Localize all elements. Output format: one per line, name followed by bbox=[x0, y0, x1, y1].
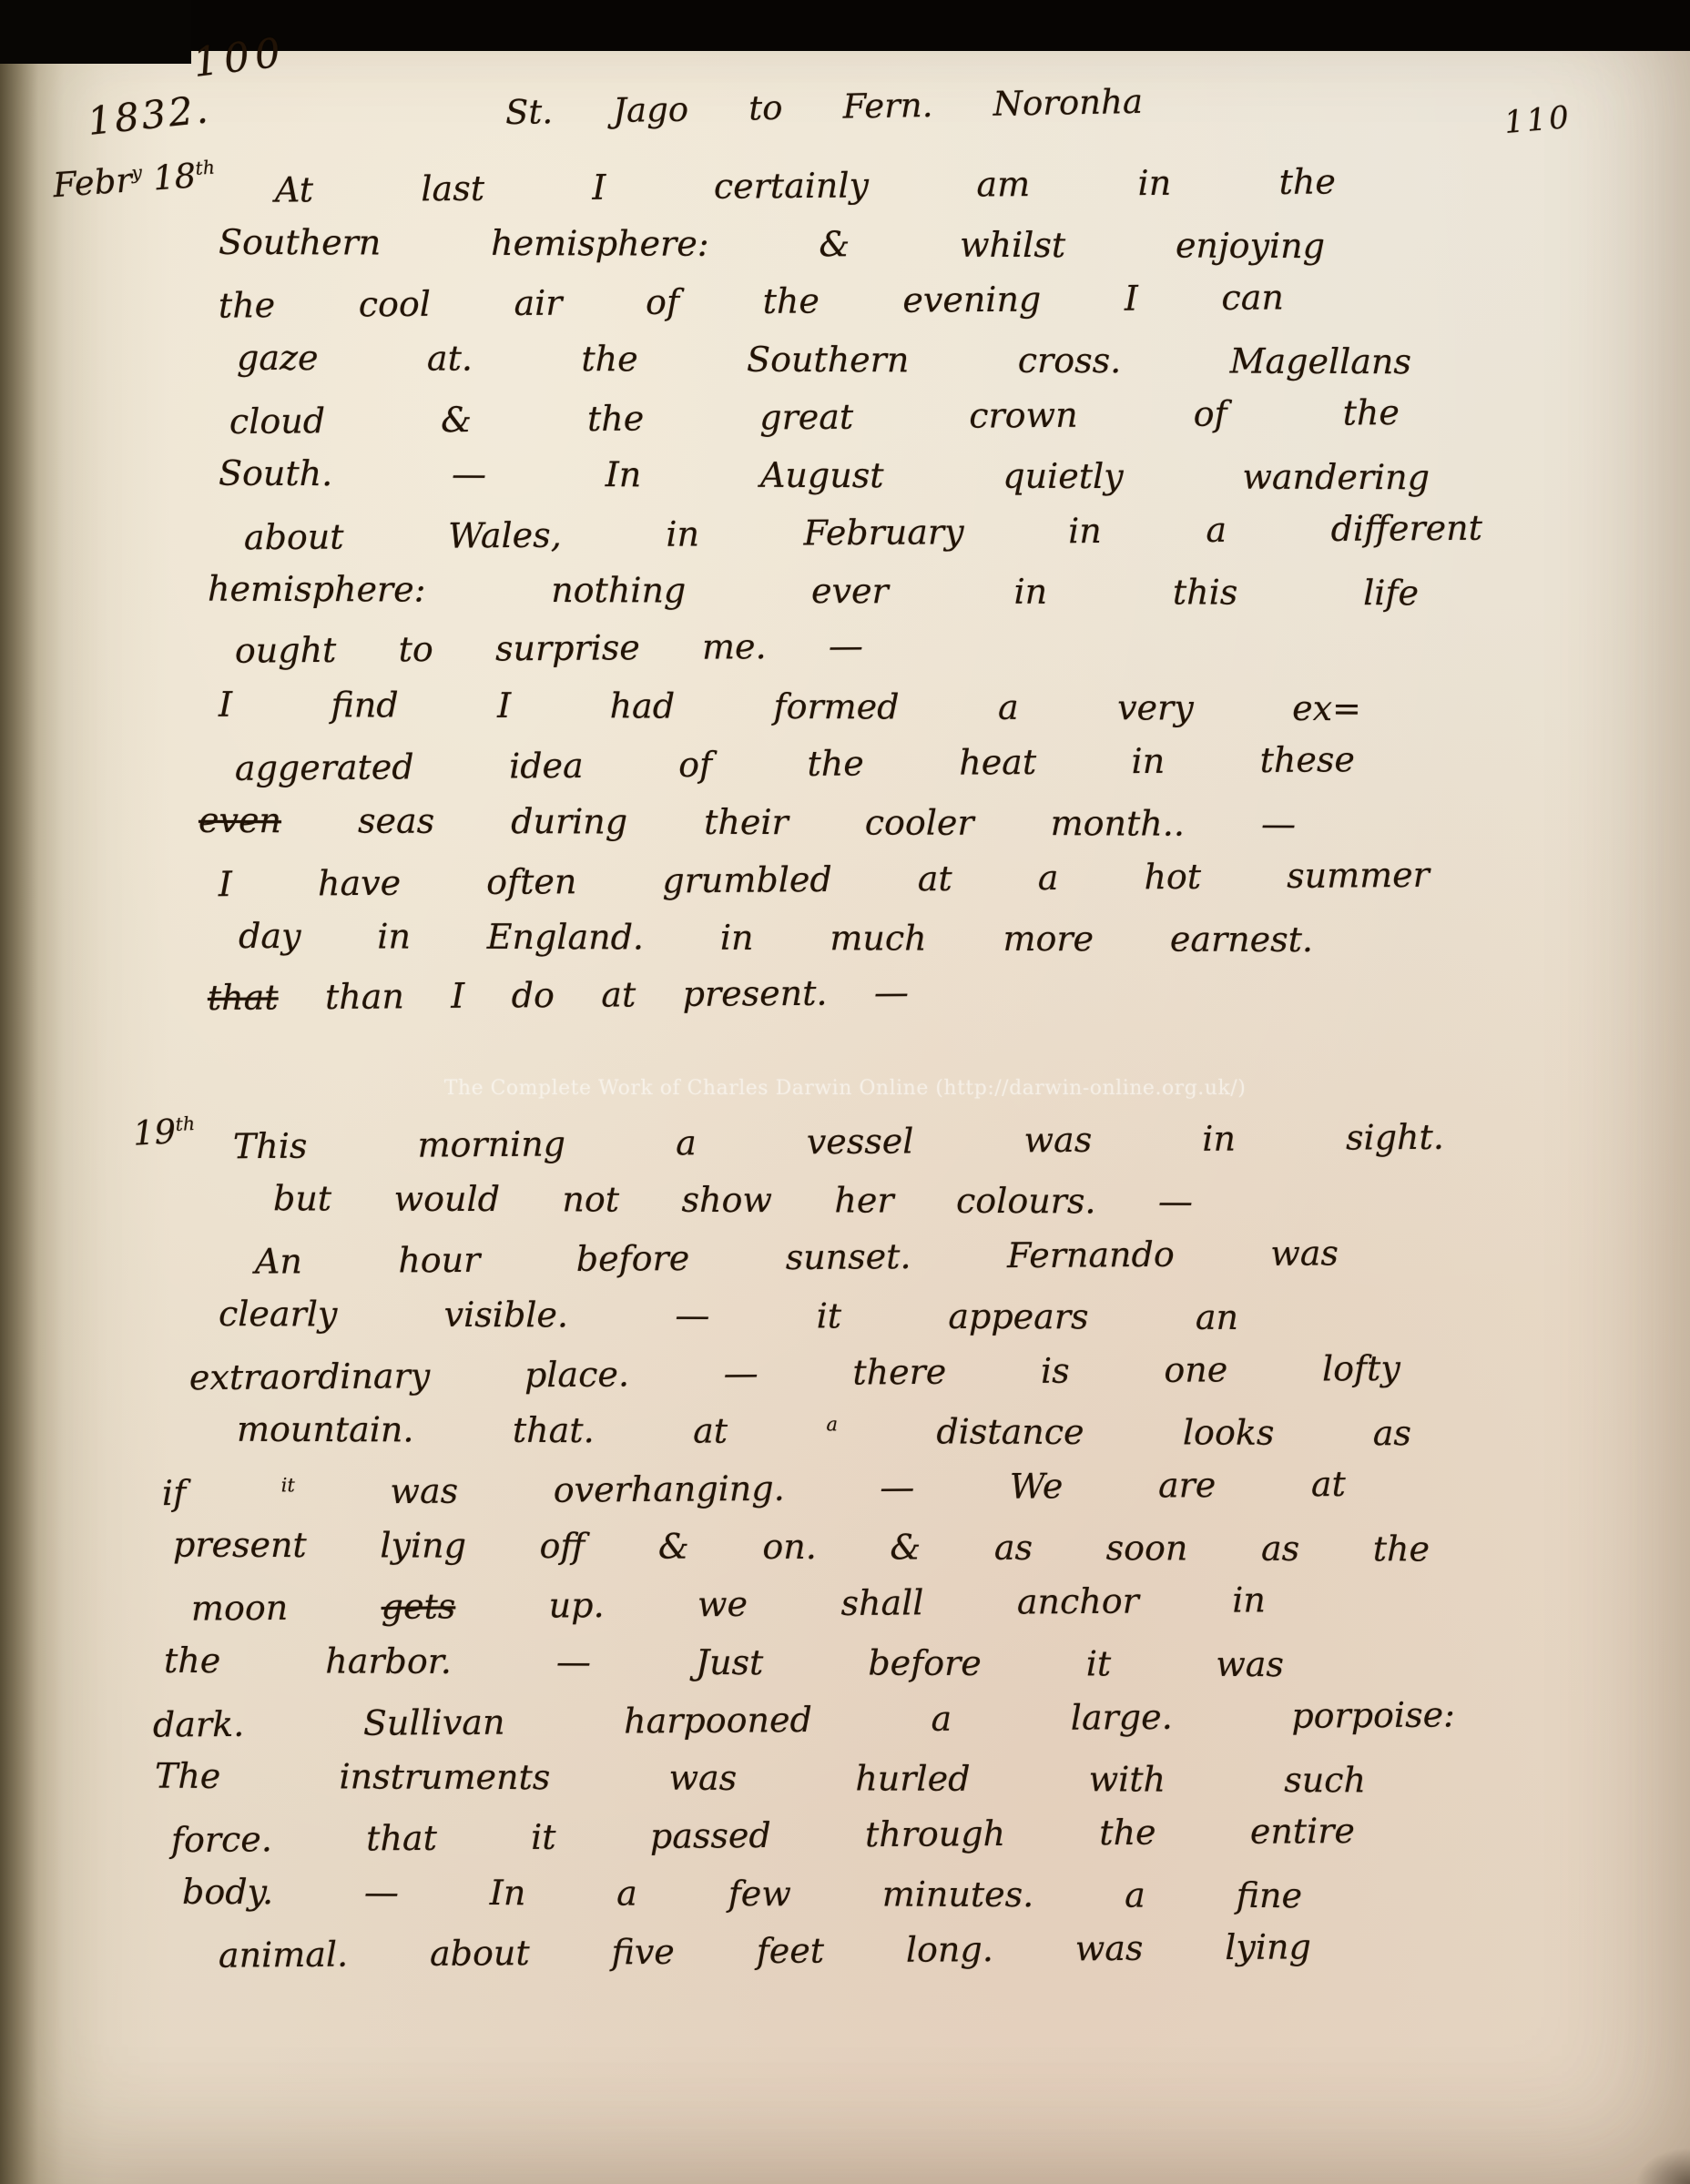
manuscript-line: aboutWales,inFebruaryinadifferent bbox=[244, 508, 1482, 575]
manuscript-line: clearlyvisible.—itappearsan bbox=[219, 1294, 1238, 1355]
page-number: 110 bbox=[1502, 99, 1573, 141]
header-word: Fern. bbox=[842, 86, 933, 127]
manuscript-line: Southernhemisphere:&whilstenjoying bbox=[219, 221, 1325, 283]
watermark-text: The Complete Work of Charles Darwin Onli… bbox=[444, 1077, 1247, 1100]
header-word: Noronha bbox=[993, 82, 1143, 124]
manuscript-line: evenseasduringtheircoolermonth..— bbox=[199, 799, 1296, 861]
manuscript-line: extraordinaryplace.—thereisonelofty bbox=[189, 1348, 1400, 1416]
manuscript-line: aggeratedideaoftheheatinthese bbox=[235, 739, 1355, 806]
manuscript-line: hemisphere:nothingeverinthislife bbox=[208, 568, 1419, 630]
header-word: Jago bbox=[613, 90, 689, 130]
manuscript-line: dayinEngland.inmuchmoreearnest. bbox=[239, 915, 1313, 977]
entry-body: AtlastIcertainlyamintheSouthernhemispher… bbox=[219, 166, 1539, 1033]
manuscript-line: cloud&thegreatcrownofthe bbox=[229, 392, 1400, 460]
entry-date-label: 19th bbox=[132, 1111, 197, 1153]
manuscript-line: butwouldnotshowhercolours.— bbox=[273, 1178, 1193, 1239]
manuscript-line: force.thatitpassedthroughtheentire bbox=[171, 1811, 1355, 1878]
manuscript-line: thecoolairoftheeveningIcan bbox=[219, 277, 1284, 343]
manuscript-line: theharbor.—Justbeforeitwas bbox=[164, 1640, 1284, 1701]
manuscript-line: ifitwasoverhanging.—Weareat bbox=[162, 1464, 1346, 1531]
header-word: St. bbox=[505, 92, 554, 132]
manuscript-line: moongetsup.weshallanchorin bbox=[191, 1580, 1266, 1646]
manuscript-line: South.—InAugustquietlywandering bbox=[219, 452, 1430, 514]
manuscript-line: Thismorningavesselwasinsight. bbox=[233, 1117, 1444, 1184]
manuscript-line: IfindIhadformedaveryex= bbox=[219, 684, 1361, 746]
dark-corner-bottom-right bbox=[1635, 2148, 1690, 2184]
manuscript-line: Anhourbeforesunset.Fernandowas bbox=[255, 1233, 1339, 1299]
dark-corner-top-left bbox=[0, 0, 191, 64]
manuscript-line: Ihaveoftengrumbledatahotsummer bbox=[219, 855, 1430, 922]
manuscript-line: thatthanIdoatpresent.— bbox=[208, 972, 909, 1036]
manuscript-line: gazeat.theSoutherncross.Magellans bbox=[237, 337, 1411, 399]
manuscript-line: AtlastIcertainlyaminthe bbox=[275, 161, 1336, 228]
manuscript-line: dark.Sullivanharpoonedalarge.porpoise: bbox=[153, 1694, 1455, 1762]
manuscript-line: body.—Inafewminutes.afine bbox=[182, 1871, 1302, 1933]
manuscript-line: presentlyingoff&on.&assoonasthe bbox=[173, 1524, 1430, 1586]
manuscript-photo: 100 1832. St.JagotoFern.Noronha 110 Febr… bbox=[0, 0, 1690, 2184]
manuscript-line: mountain.that.atadistancelooksas bbox=[237, 1408, 1411, 1470]
manuscript-line: Theinstrumentswashurledwithsuch bbox=[155, 1755, 1366, 1817]
manuscript-line: animal.aboutfivefeetlong.waslying bbox=[219, 1926, 1311, 1993]
header-word: to bbox=[748, 88, 783, 128]
entry-body: Thismorningavesselwasinsight.butwouldnot… bbox=[219, 1122, 1539, 1989]
manuscript-line: oughttosurpriseme.— bbox=[235, 625, 863, 688]
